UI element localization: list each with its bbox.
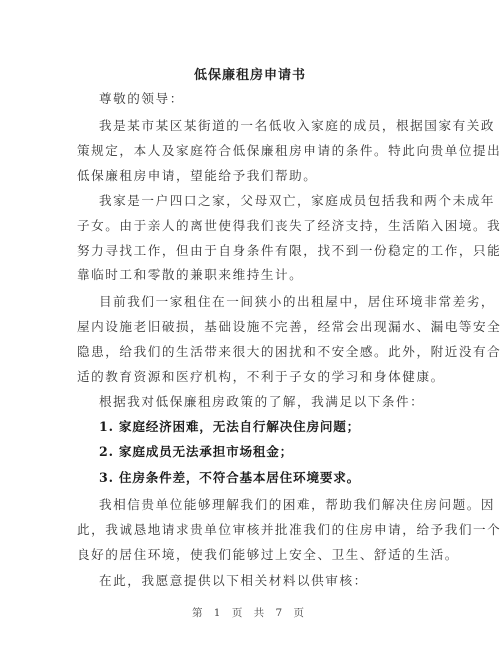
paragraph-line: 策规定，本人及家庭符合低保廉租房申请的条件。特此向贵单位提出 [77, 140, 500, 159]
page-number: 第 1 页 共 7 页 [0, 605, 500, 620]
paragraph-line: 目前我们一家租住在一间狭小的出租屋中，居住环境非常差劣， [99, 291, 495, 310]
document-title: 低保廉租房申请书 [0, 64, 500, 83]
paragraph-line: 我相信贵单位能够理解我们的困难，帮助我们解决住房问题。因 [99, 494, 495, 513]
paragraph-line: 低保廉租房申请，望能给予我们帮助。 [77, 165, 317, 184]
paragraph-line: 在此，我愿意提供以下相关材料以供审核： [99, 570, 368, 589]
paragraph-line: 我家是一户四口之家，父母双亡，家庭成员包括我和两个未成年 [99, 190, 495, 209]
paragraph-line: 良好的居住环境，使我们能够过上安全、卫生、舒适的生活。 [77, 544, 459, 563]
paragraph-line: 此，我诚恳地请求贵单位审核并批准我们的住房申请，给予我们一个 [77, 519, 500, 538]
paragraph-line: 靠临时工和零散的兼职来维持生计。 [77, 264, 303, 283]
condition-item: 1. 家庭经济困难，无法自行解决住房问题； [99, 416, 360, 435]
paragraph-line: 屋内设施老旧破损，基础设施不完善，经常会出现漏水、漏电等安全 [77, 316, 500, 335]
salutation: 尊敬的领导： [99, 88, 184, 107]
condition-item: 3. 住房条件差，不符合基本居住环境要求。 [99, 467, 360, 486]
paragraph-line: 根据我对低保廉租房政策的了解，我满足以下条件： [99, 391, 424, 410]
paragraph-line: 子女。由于亲人的离世使得我们丧失了经济支持，生活陷入困境。我 [77, 215, 500, 234]
condition-item: 2. 家庭成员无法承担市场租金； [99, 441, 293, 460]
paragraph-line: 适的教育资源和医疗机构，不利于子女的学习和身体健康。 [77, 366, 445, 385]
paragraph-line: 隐患，给我们的生活带来很大的困扰和不安全感。此外，附近没有合 [77, 341, 500, 360]
paragraph-line: 努力寻找工作，但由于自身条件有限，找不到一份稳定的工作，只能 [77, 240, 500, 259]
paragraph-line: 我是某市某区某街道的一名低收入家庭的成员，根据国家有关政 [99, 115, 495, 134]
